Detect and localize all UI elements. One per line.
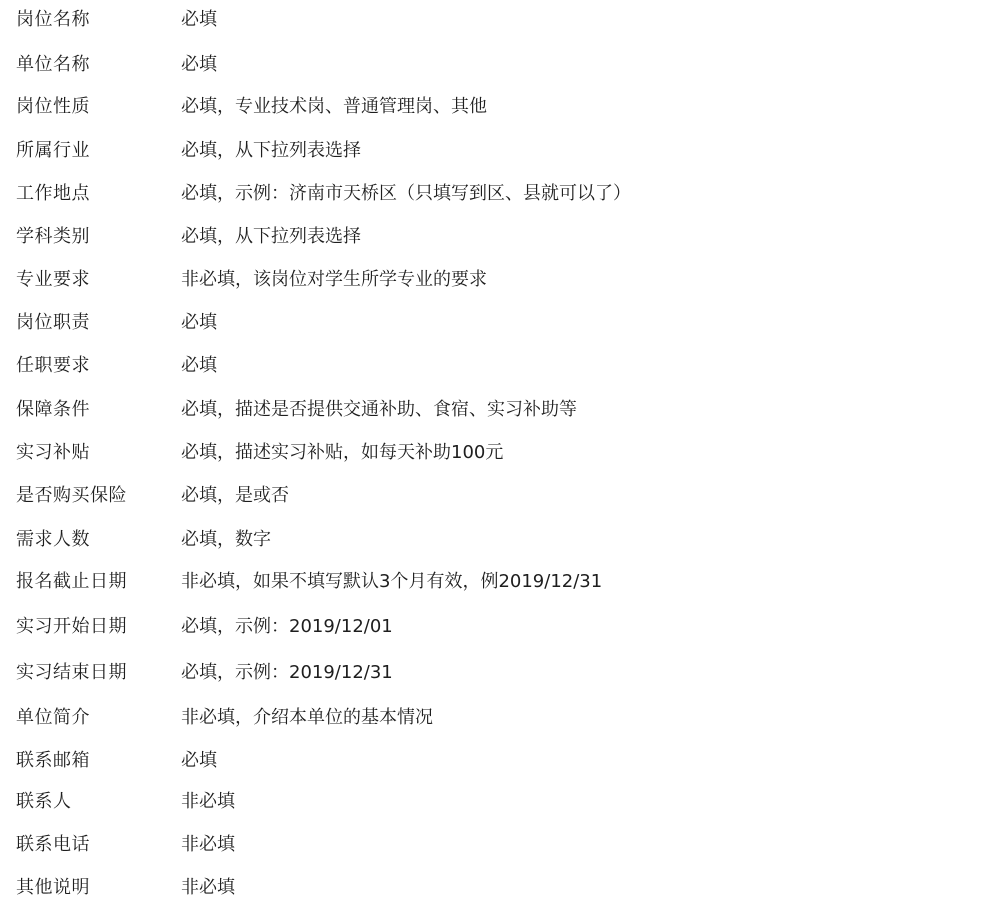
field-row-discipline: 学科类别 必填，从下拉列表选择	[0, 222, 1000, 252]
field-row-start-date: 实习开始日期 必填，示例：2019/12/01	[0, 612, 1000, 642]
field-description: 非必填，该岗位对学生所学专业的要求	[181, 265, 487, 295]
field-description: 必填，数字	[181, 525, 271, 555]
field-label: 需求人数	[16, 525, 90, 555]
field-row-application-deadline: 报名截止日期 非必填，如果不填写默认3个月有效，例2019/12/31	[0, 567, 1000, 597]
field-label: 联系邮箱	[16, 746, 90, 776]
field-row-qualifications: 任职要求 必填	[0, 351, 1000, 381]
field-row-industry: 所属行业 必填，从下拉列表选择	[0, 136, 1000, 166]
field-description: 非必填，如果不填写默认3个月有效，例2019/12/31	[181, 567, 602, 597]
field-description: 必填，描述是否提供交通补助、食宿、实习补助等	[181, 395, 577, 425]
field-description: 必填	[181, 5, 217, 35]
field-description: 非必填，介绍本单位的基本情况	[181, 703, 433, 733]
field-label: 其他说明	[16, 873, 90, 903]
field-label: 所属行业	[16, 136, 90, 166]
field-row-company-intro: 单位简介 非必填，介绍本单位的基本情况	[0, 703, 1000, 733]
field-row-major-requirement: 专业要求 非必填，该岗位对学生所学专业的要求	[0, 265, 1000, 295]
field-description: 必填，专业技术岗、普通管理岗、其他	[181, 92, 487, 122]
field-label: 单位简介	[16, 703, 90, 733]
field-label: 联系人	[16, 787, 72, 817]
field-description: 必填，从下拉列表选择	[181, 222, 361, 252]
field-label: 专业要求	[16, 265, 90, 295]
field-row-work-location: 工作地点 必填，示例：济南市天桥区（只填写到区、县就可以了）	[0, 179, 1000, 209]
field-description: 必填	[181, 351, 217, 381]
field-label: 岗位性质	[16, 92, 90, 122]
field-row-position-name: 岗位名称 必填	[0, 5, 1000, 35]
field-label: 是否购买保险	[16, 481, 127, 511]
field-label: 岗位职责	[16, 308, 90, 338]
field-description: 必填，示例：2019/12/01	[181, 612, 393, 642]
field-description: 必填	[181, 746, 217, 776]
field-label: 报名截止日期	[16, 567, 127, 597]
field-description: 非必填	[181, 787, 235, 817]
field-label: 任职要求	[16, 351, 90, 381]
field-row-headcount: 需求人数 必填，数字	[0, 525, 1000, 555]
field-label: 单位名称	[16, 50, 90, 80]
field-label: 实习补贴	[16, 438, 90, 468]
field-label: 实习开始日期	[16, 612, 127, 642]
field-row-contact-phone: 联系电话 非必填	[0, 830, 1000, 860]
field-row-other-notes: 其他说明 非必填	[0, 873, 1000, 903]
field-label: 工作地点	[16, 179, 90, 209]
field-row-contact-email: 联系邮箱 必填	[0, 746, 1000, 776]
field-label: 岗位名称	[16, 5, 90, 35]
field-description: 非必填	[181, 873, 235, 903]
field-row-benefits: 保障条件 必填，描述是否提供交通补助、食宿、实习补助等	[0, 395, 1000, 425]
field-row-position-type: 岗位性质 必填，专业技术岗、普通管理岗、其他	[0, 92, 1000, 122]
field-description: 非必填	[181, 830, 235, 860]
field-row-responsibilities: 岗位职责 必填	[0, 308, 1000, 338]
field-description: 必填，示例：2019/12/31	[181, 658, 393, 688]
field-row-company-name: 单位名称 必填	[0, 50, 1000, 80]
field-description: 必填	[181, 50, 217, 80]
field-row-end-date: 实习结束日期 必填，示例：2019/12/31	[0, 658, 1000, 688]
field-description: 必填，从下拉列表选择	[181, 136, 361, 166]
field-row-contact-person: 联系人 非必填	[0, 787, 1000, 817]
field-description: 必填，是或否	[181, 481, 289, 511]
field-row-internship-allowance: 实习补贴 必填，描述实习补贴，如每天补助100元	[0, 438, 1000, 468]
field-row-insurance: 是否购买保险 必填，是或否	[0, 481, 1000, 511]
field-label: 实习结束日期	[16, 658, 127, 688]
field-description: 必填，示例：济南市天桥区（只填写到区、县就可以了）	[181, 179, 631, 209]
field-description: 必填，描述实习补贴，如每天补助100元	[181, 438, 503, 468]
field-label: 联系电话	[16, 830, 90, 860]
field-description: 必填	[181, 308, 217, 338]
field-label: 学科类别	[16, 222, 90, 252]
field-label: 保障条件	[16, 395, 90, 425]
